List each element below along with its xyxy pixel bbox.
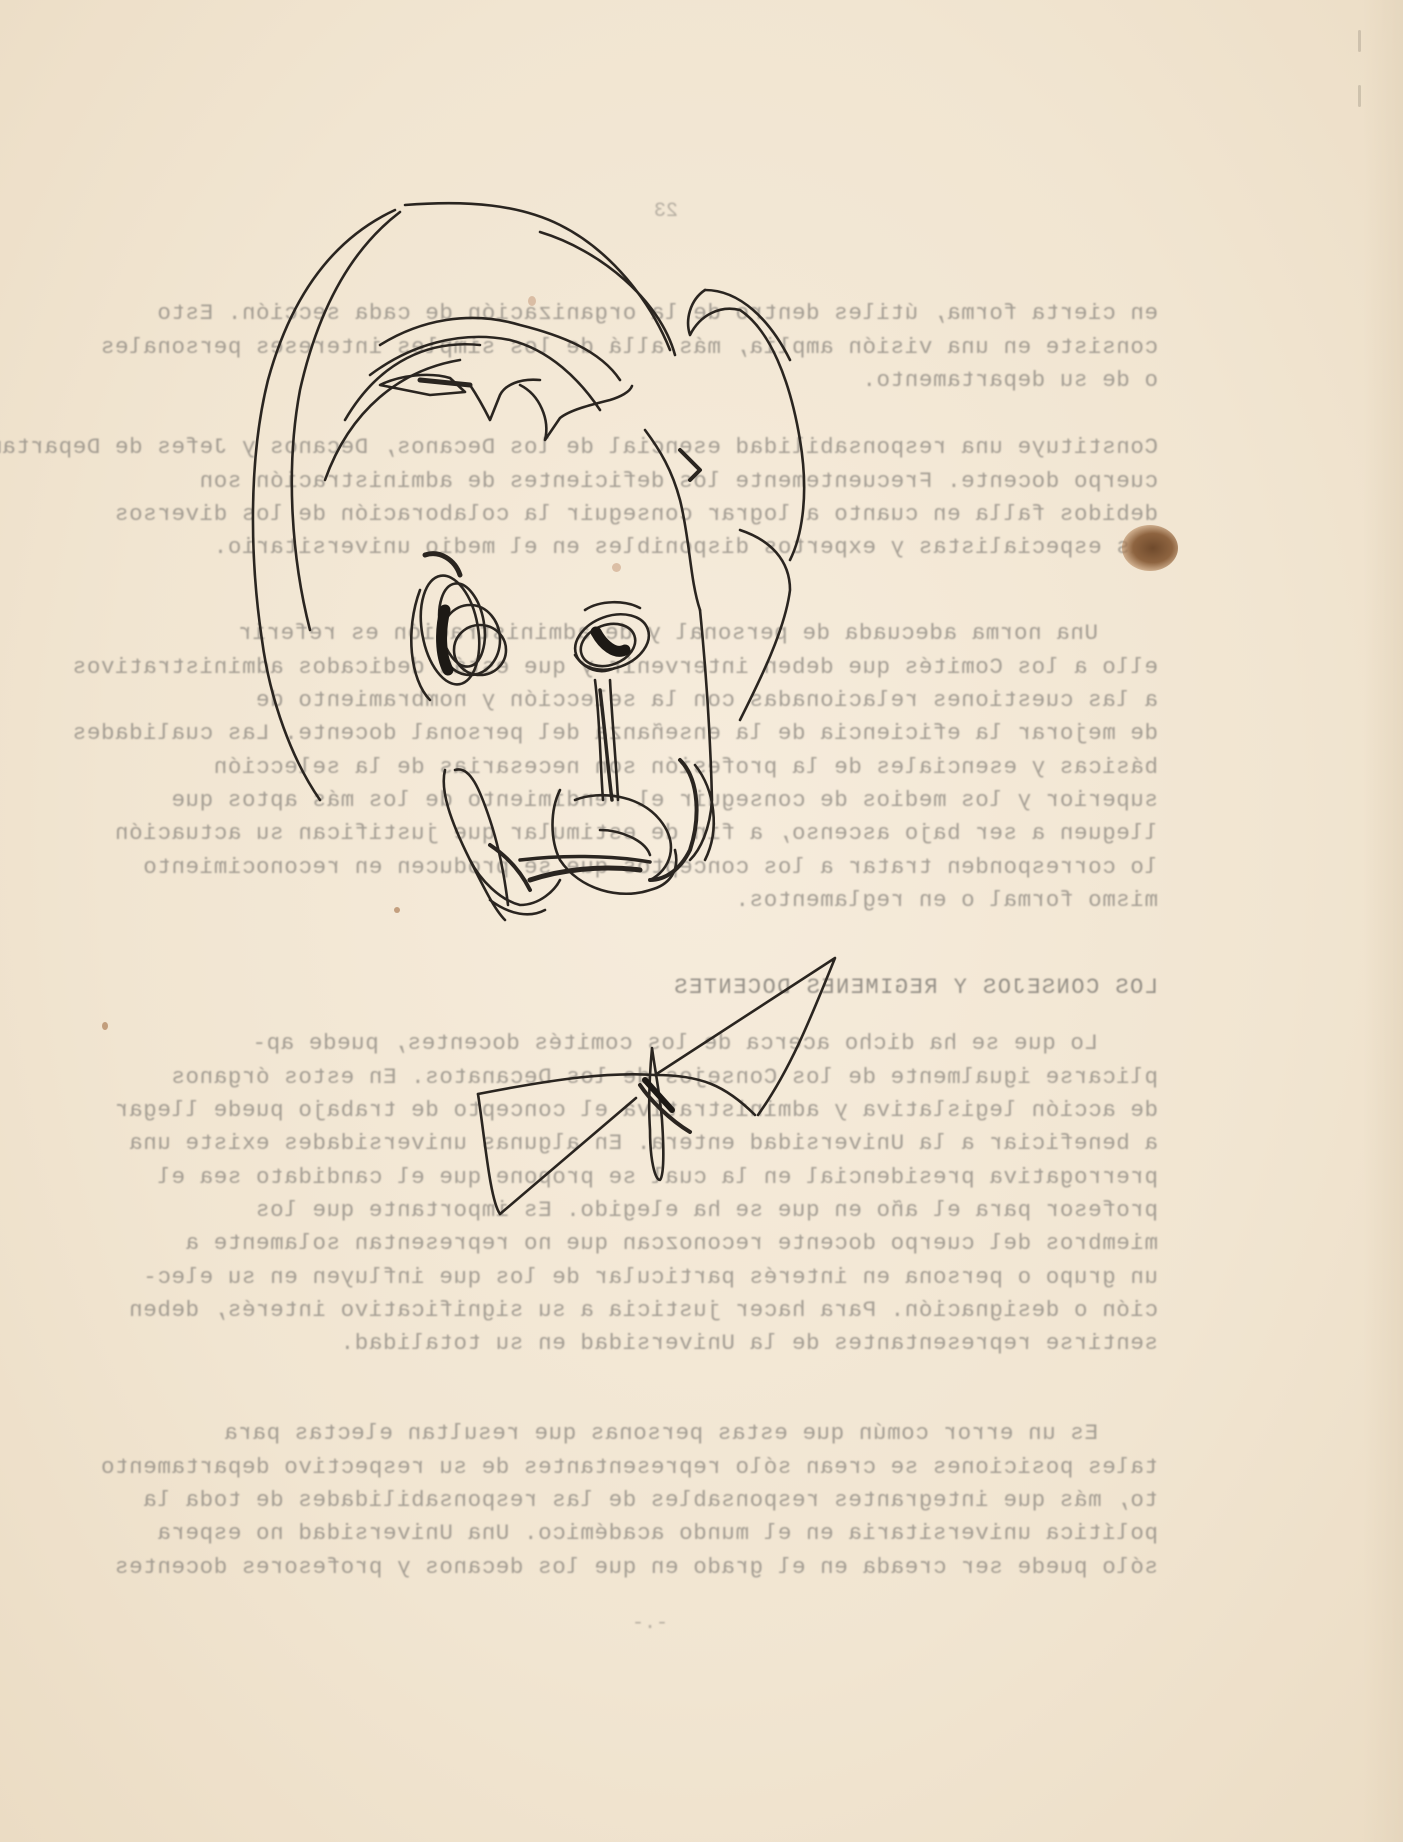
- face-sketch: [253, 203, 804, 920]
- right-eye: [567, 602, 656, 679]
- arrow-sketch: [478, 958, 835, 1214]
- pen-sketch-layer: [0, 0, 1403, 1842]
- left-eye: [411, 554, 506, 700]
- nose: [595, 680, 618, 800]
- mouth-chin: [444, 760, 714, 920]
